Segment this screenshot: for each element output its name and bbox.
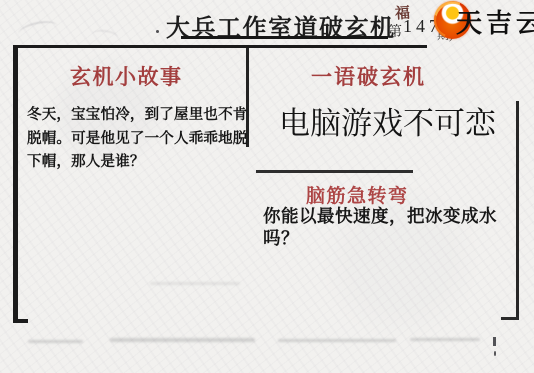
brainteaser-title: 脑筋急转弯 [306,181,409,208]
issue-prefix: 第 [388,21,402,41]
brainteaser-line: 吗？ [263,227,518,249]
scan-squiggle [91,28,118,44]
mystery-panel-title: 一语破玄机 [311,61,426,91]
mystery-slogan: 电脑游戏不可恋 [279,98,496,143]
scan-smudge [410,338,480,341]
story-text: 冬天，宝宝怕冷，到了屋里也不肯 脱帽。可是他见了一个人乖乖地脱 下帽，那人是谁？ [27,104,242,175]
title-underline [181,36,388,39]
story-panel-title: 玄机小故事 [70,61,183,91]
brand-name: 天吉云 [456,3,534,40]
story-line: 脱帽。可是他见了一个人乖乖地脱 [27,128,242,152]
slogan-separator-line [256,170,413,173]
scan-smudge [110,338,255,342]
scanned-lottery-page: 大兵工作室道破玄机 福 第 147 期) 天吉云 玄机小故事 冬天，宝宝怕冷，到… [0,0,534,373]
scan-tick-mark [493,337,496,346]
scan-smudge [28,340,83,343]
scan-squiggle [17,18,59,42]
scan-smudge [278,339,396,342]
box-corner-bottom-left [13,319,28,323]
scan-noise-texture [0,0,534,373]
scan-smudge [150,282,240,285]
scan-dot-mark [156,30,159,33]
brainteaser-text: 你能以最快速度，把冰变成水 吗？ [263,205,518,249]
brainteaser-line: 你能以最快速度，把冰变成水 [263,205,518,227]
story-line: 下帽，那人是谁？ [27,151,242,175]
scan-dot-mark [494,351,496,356]
box-border-top [13,45,427,48]
story-line: 冬天，宝宝怕冷，到了屋里也不肯 [27,104,242,128]
box-border-left [13,45,18,323]
box-corner-bottom-right [501,317,518,320]
